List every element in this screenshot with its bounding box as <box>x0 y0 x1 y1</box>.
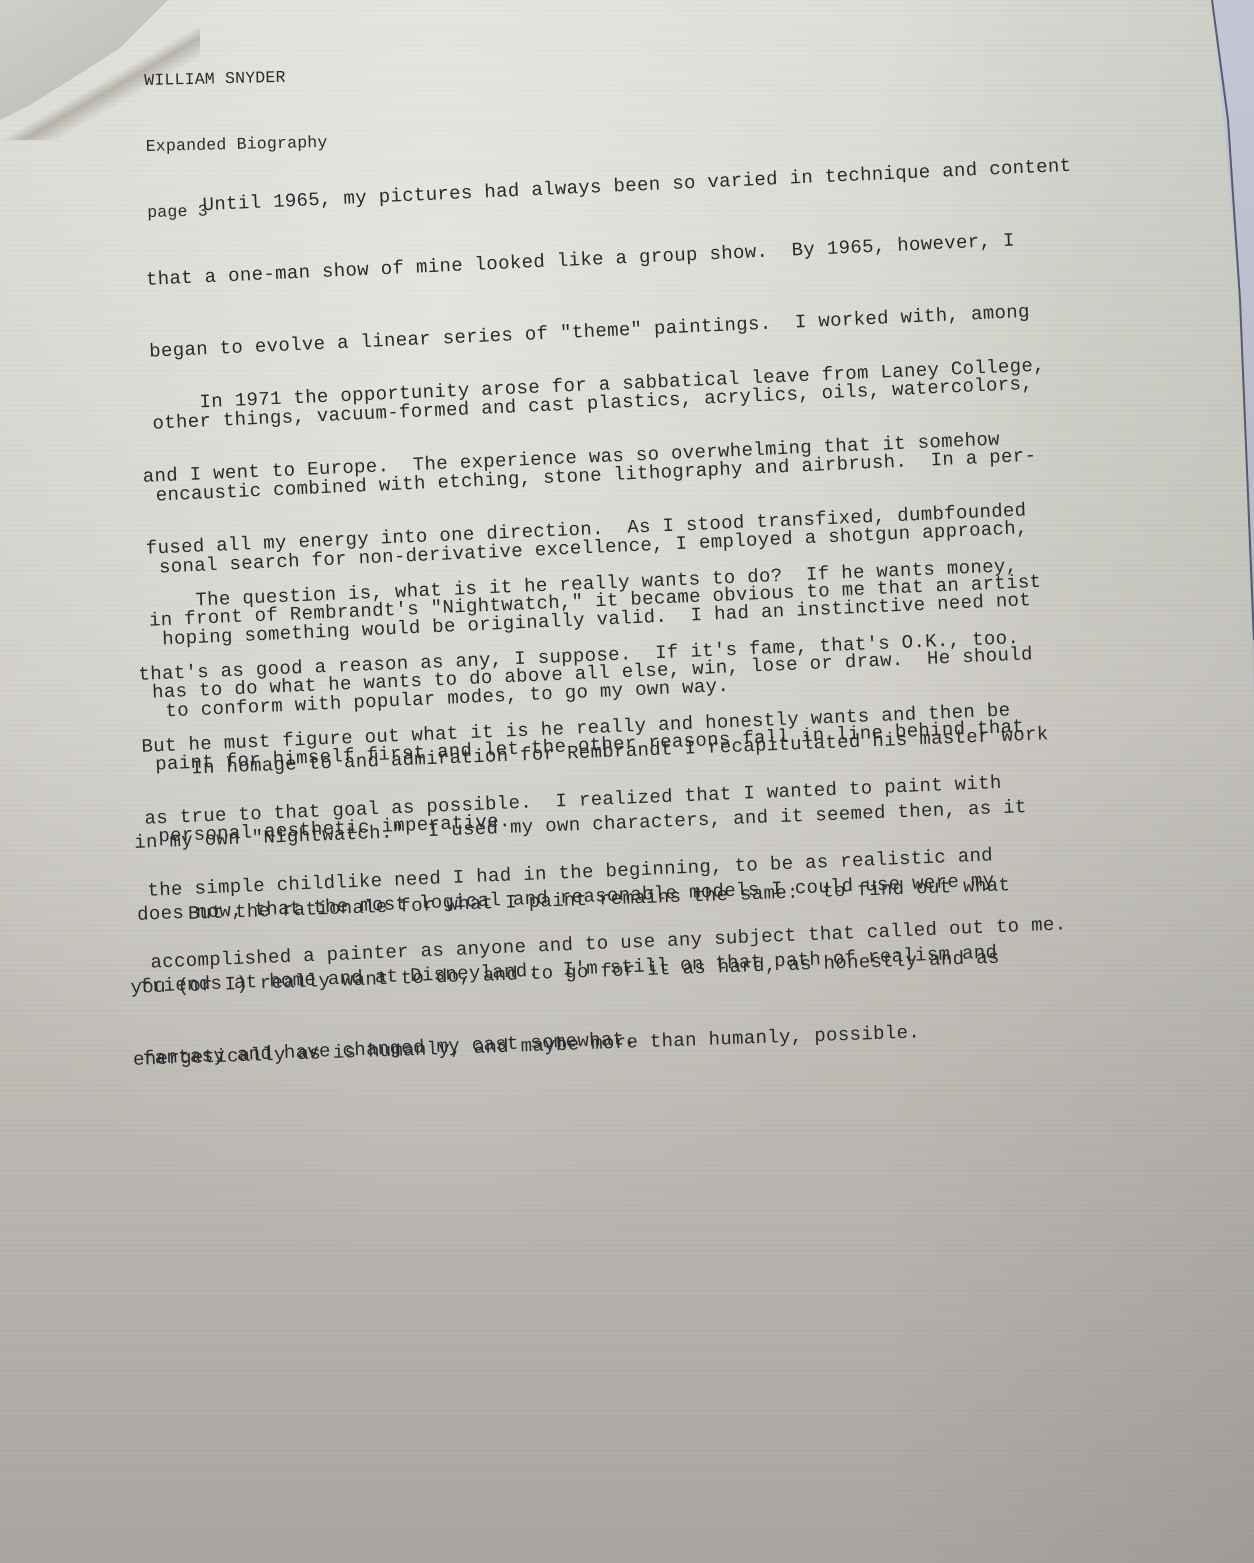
paragraph-5: But the rationale for what I paint remai… <box>126 825 1017 1120</box>
text-line: that's as good a reason as any, I suppos… <box>138 625 1055 687</box>
text-line: In 1971 the opportunity arose for a sabb… <box>139 353 1045 417</box>
text-line: that a one-man show of mine looked like … <box>145 226 1075 292</box>
text-line: and I went to Europe. The experience was… <box>142 425 1048 489</box>
author-name: WILLIAM SNYDER <box>144 66 326 92</box>
text-line: The question is, what is it he really wa… <box>135 553 1052 615</box>
text-line: In homage to and admiration for Rembrand… <box>131 722 1049 783</box>
text-line: But the rationale for what I paint remai… <box>128 873 1011 928</box>
text-line: energetically as is humanly, and maybe m… <box>133 1017 1016 1072</box>
text-line: you (or I) really want to do, and to go … <box>130 945 1013 1000</box>
text-line: Until 1965, my pictures had always been … <box>142 154 1072 220</box>
document-page: WILLIAM SNYDER Expanded Biography page 3… <box>0 0 1254 1563</box>
